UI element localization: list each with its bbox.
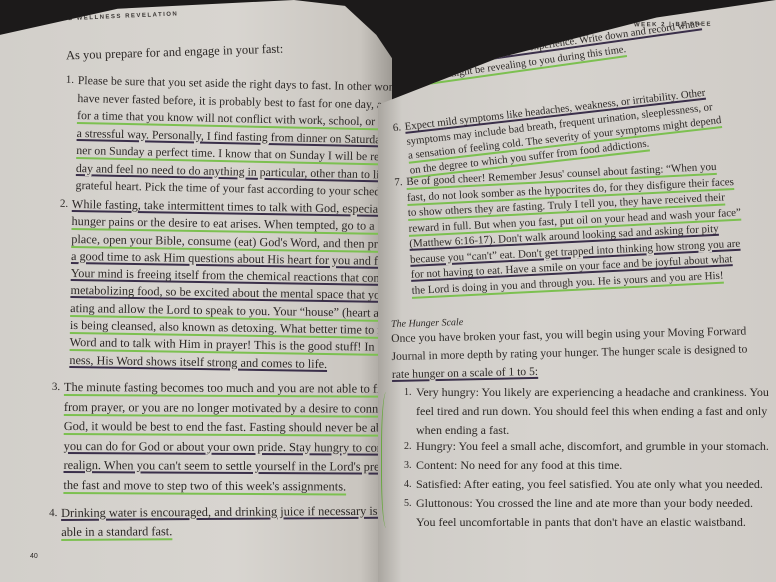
hunger-level-4: 4. Satisfied: After eating, you feel sat… [416, 475, 763, 494]
running-head-left: THE WELLNESS REVELATION [57, 11, 179, 22]
right-page: WEEK 2 | BE FREE 5. Be sure to journal a… [378, 0, 776, 582]
hunger-level-2: 2. Hungry: You feel a small ache, discom… [416, 437, 769, 456]
list-item-2: 2. While fasting, take intermittent time… [69, 196, 392, 375]
list-item-3: 3. The minute fasting becomes too much a… [63, 378, 392, 497]
intro-text: As you prepare for and engage in your fa… [66, 42, 284, 64]
list-item-7: 7. Be of good cheer! Remember Jesus' cou… [406, 159, 744, 299]
green-bracket-mark [381, 392, 394, 528]
list-item-5: 5. Be sure to journal about your experie… [404, 16, 704, 87]
hunger-scale-intro: Once you have broken your fast, you will… [391, 323, 748, 384]
hunger-level-3: 3. Content: No need for any food at this… [416, 456, 622, 475]
left-page: THE WELLNESS REVELATION As you prepare f… [0, 0, 392, 582]
list-item-4: 4. Drinking water is encouraged, and dri… [61, 502, 392, 542]
hunger-level-5: 5. Gluttonous: You crossed the line and … [416, 494, 753, 532]
page-number: 40 [30, 553, 38, 560]
list-item-1: 1. Please be sure that you set aside the… [75, 72, 392, 202]
hunger-level-1: 1. Very hungry: You likely are experienc… [416, 383, 769, 440]
